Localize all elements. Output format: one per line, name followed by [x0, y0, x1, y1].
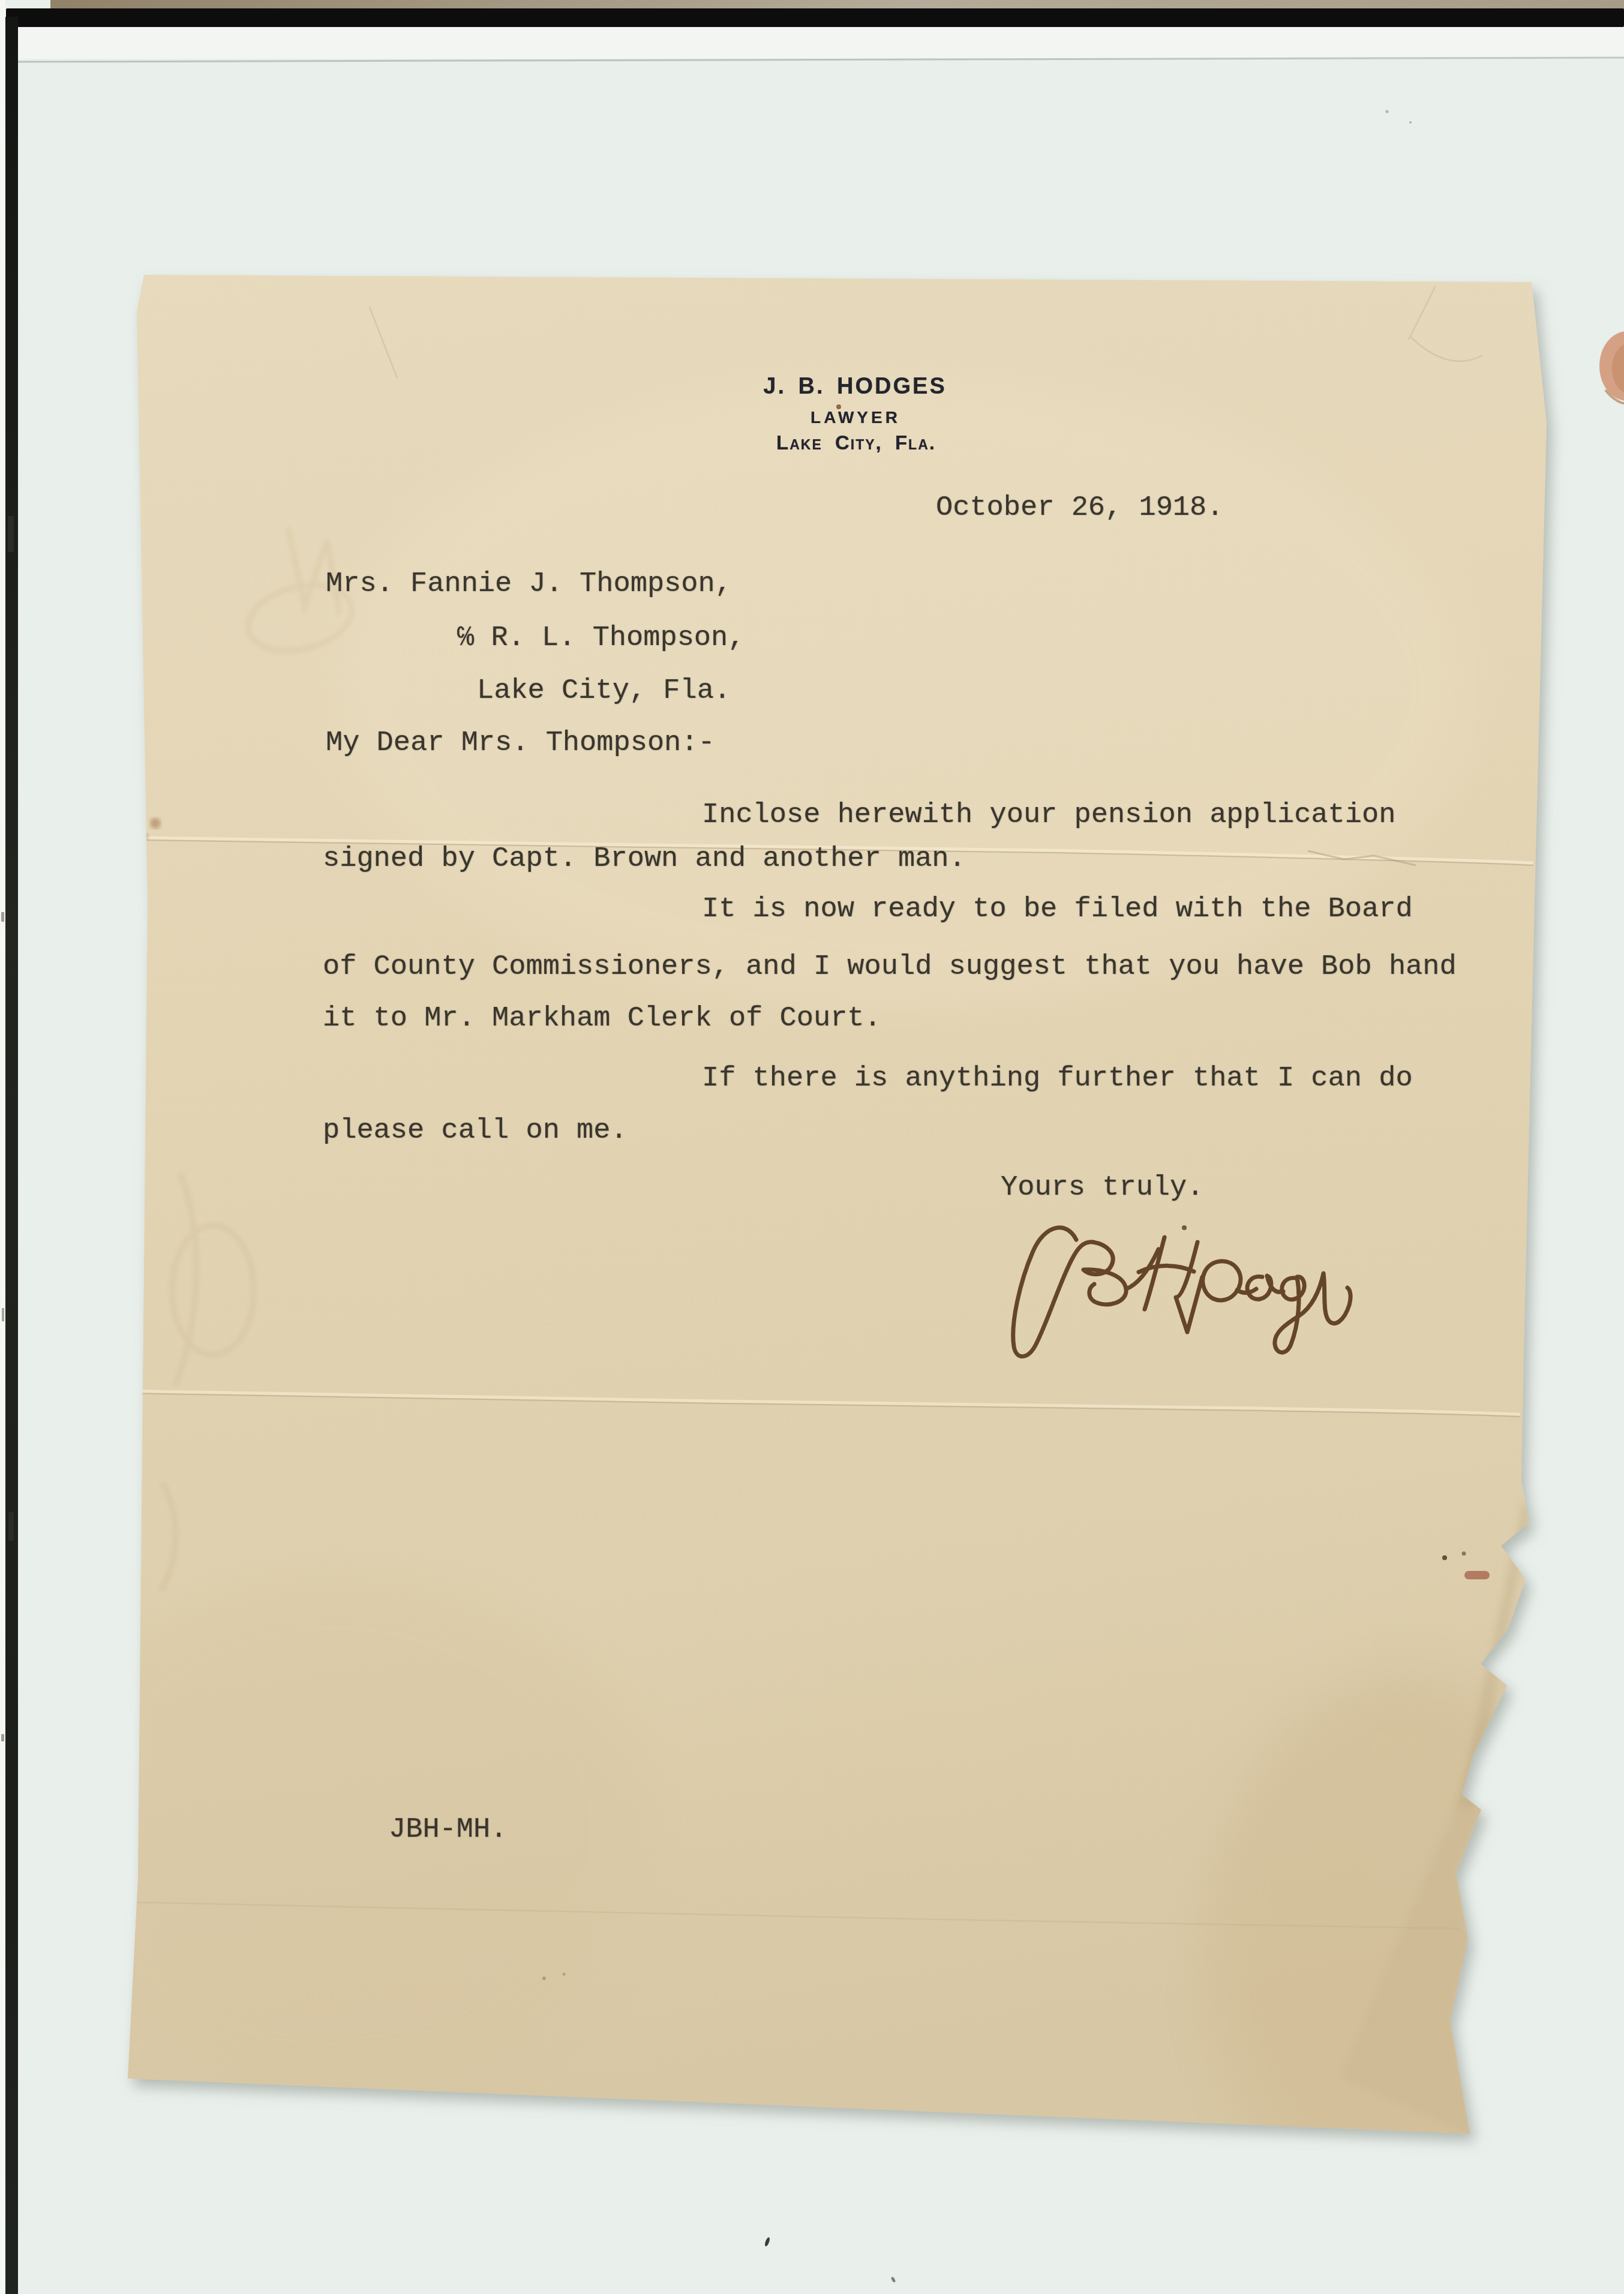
paper-shade-bottom-left — [24, 1572, 648, 2088]
scanned-letter-page: J. B. HODGES LAWYER Lake City, Fla. Octo… — [0, 0, 1624, 2294]
body-line: Inclose herewith your pension applicatio… — [702, 801, 1395, 829]
letter-date: October 26, 1918. — [936, 494, 1223, 522]
scan-edge-object — [1599, 331, 1624, 403]
body-line: of County Commissioners, and I would sug… — [323, 953, 1457, 981]
typist-initials: JBH-MH. — [389, 1816, 507, 1844]
letterhead-title: LAWYER — [811, 409, 900, 426]
recipient-city-line: Lake City, Fla. — [477, 677, 731, 705]
salutation: My Dear Mrs. Thompson:- — [326, 729, 715, 757]
body-line: please call on me. — [323, 1117, 628, 1145]
care-of-line: ℅ R. L. Thompson, — [457, 624, 745, 652]
body-line: If there is anything further that I can … — [702, 1064, 1413, 1093]
letterhead-location: Lake City, Fla. — [776, 433, 936, 452]
body-line: It is now ready to be filed with the Boa… — [702, 895, 1413, 923]
recipient-name-line: Mrs. Fannie J. Thompson, — [326, 570, 732, 598]
letterhead-name: J. B. HODGES — [763, 375, 947, 398]
closing: Yours truly. — [1001, 1174, 1203, 1202]
body-line: it to Mr. Markham Clerk of Court. — [323, 1004, 881, 1033]
body-line: signed by Capt. Brown and another man. — [323, 845, 966, 873]
letter-paper — [0, 0, 1624, 2294]
